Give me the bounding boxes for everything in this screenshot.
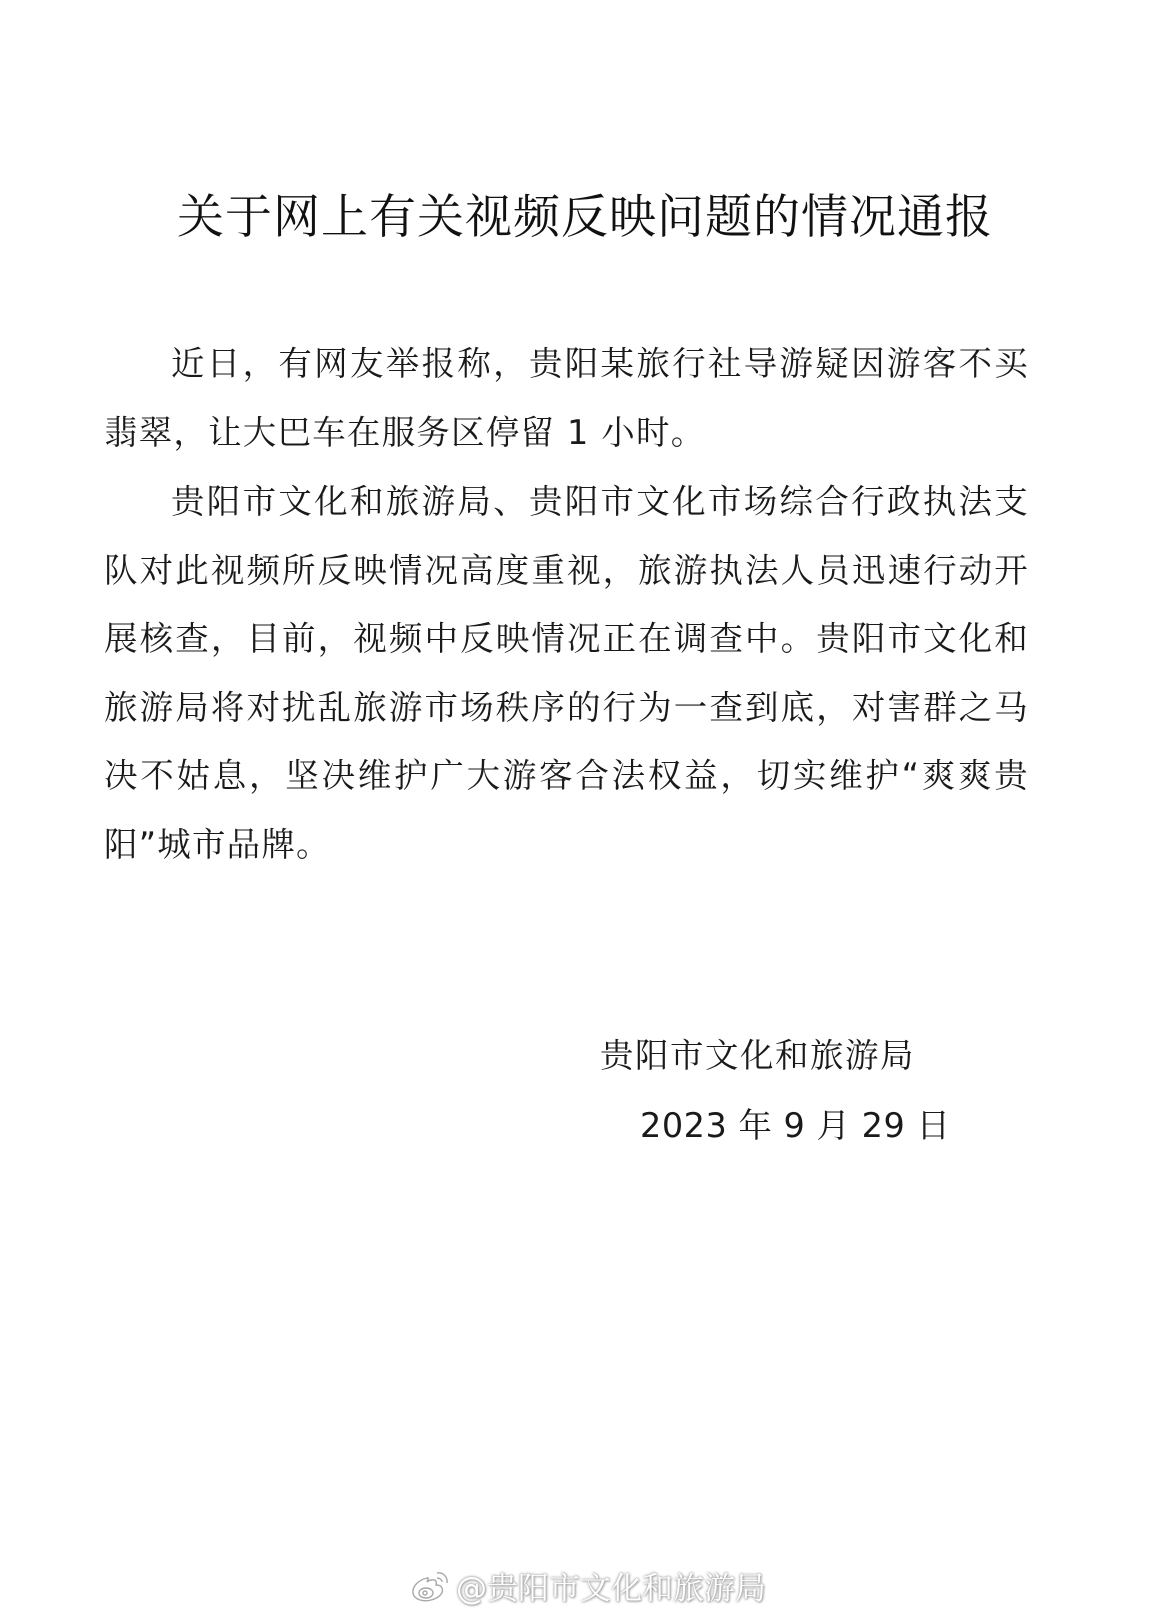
paragraph-1-container: 近日，有网友举报称，贵阳某旅行社导游疑因游客不买翡翠，让大巴车在服务区停留 1 … xyxy=(104,330,1029,467)
paragraph-1: 近日，有网友举报称，贵阳某旅行社导游疑因游客不买翡翠，让大巴车在服务区停留 1 … xyxy=(104,330,1029,467)
paragraph-2-container: 贵阳市文化和旅游局、贵阳市文化市场综合行政执法支队对此视频所反映情况高度重视，旅… xyxy=(104,468,1029,879)
issuer-signature: 贵阳市文化和旅游局 xyxy=(600,1022,915,1090)
watermark-text: @贵阳市文化和旅游局 xyxy=(456,1563,766,1608)
weibo-watermark: @贵阳市文化和旅游局 xyxy=(410,1563,766,1608)
weibo-icon xyxy=(410,1568,452,1604)
paragraph-2: 贵阳市文化和旅游局、贵阳市文化市场综合行政执法支队对此视频所反映情况高度重视，旅… xyxy=(104,468,1029,879)
issue-date: 2023 年 9 月 29 日 xyxy=(640,1092,950,1160)
document-title: 关于网上有关视频反映问题的情况通报 xyxy=(0,188,1170,248)
